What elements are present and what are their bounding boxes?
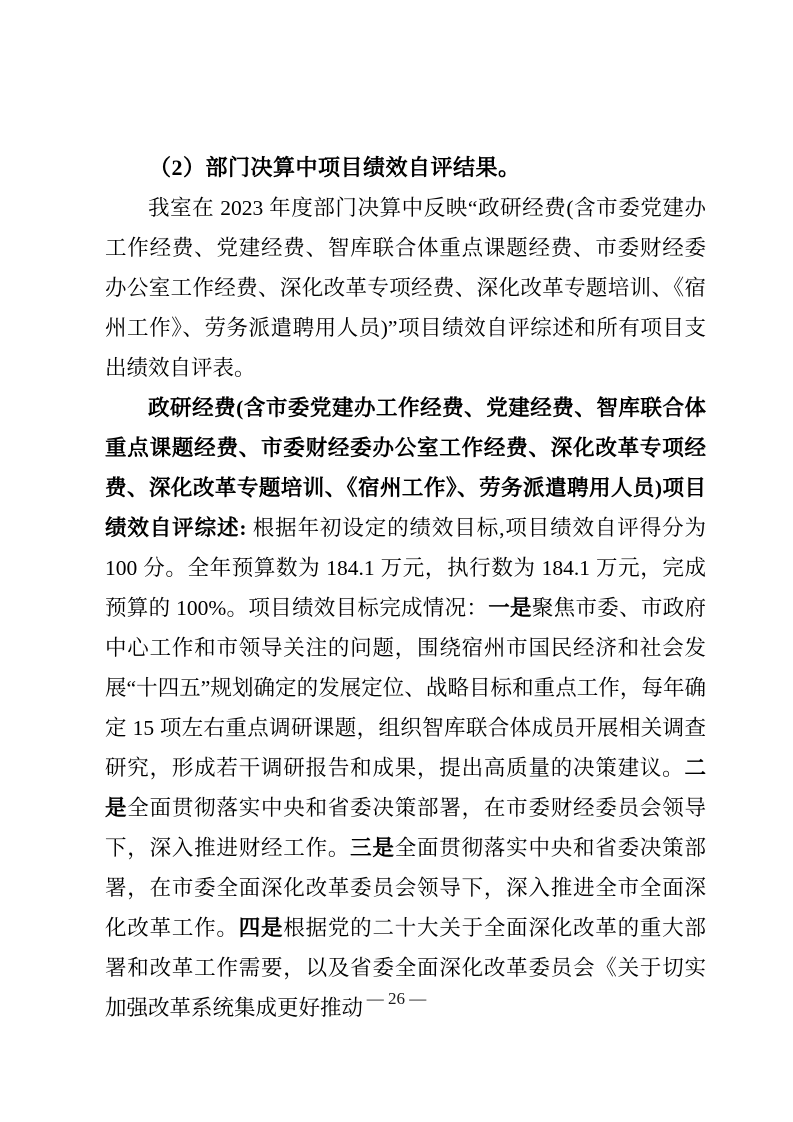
page-number: — 26 —: [0, 985, 793, 1013]
body-text: 聚焦市委、市政府中心工作和市领导关注的问题，围绕宿州市国民经济和社会发展“十四五…: [105, 596, 706, 780]
emphasis-text: 三是: [350, 836, 395, 860]
section-heading: （2）部门决算中项目绩效自评结果。: [105, 148, 706, 188]
document-page: （2）部门决算中项目绩效自评结果。 我室在 2023 年度部门决算中反映“政研经…: [0, 0, 793, 1122]
body-text: 我室在 2023 年度部门决算中反映“政研经费(含市委党建办工作经费、党建经费、…: [105, 196, 706, 380]
document-body: 我室在 2023 年度部门决算中反映“政研经费(含市委党建办工作经费、党建经费、…: [105, 188, 706, 1028]
paragraph: 我室在 2023 年度部门决算中反映“政研经费(含市委党建办工作经费、党建经费、…: [105, 188, 706, 388]
emphasis-text: 四是: [239, 916, 284, 940]
document-content: （2）部门决算中项目绩效自评结果。 我室在 2023 年度部门决算中反映“政研经…: [105, 148, 706, 1028]
emphasis-text: 一是: [488, 596, 532, 620]
paragraph: 政研经费(含市委党建办工作经费、党建经费、智库联合体重点课题经费、市委财经委办公…: [105, 388, 706, 1028]
